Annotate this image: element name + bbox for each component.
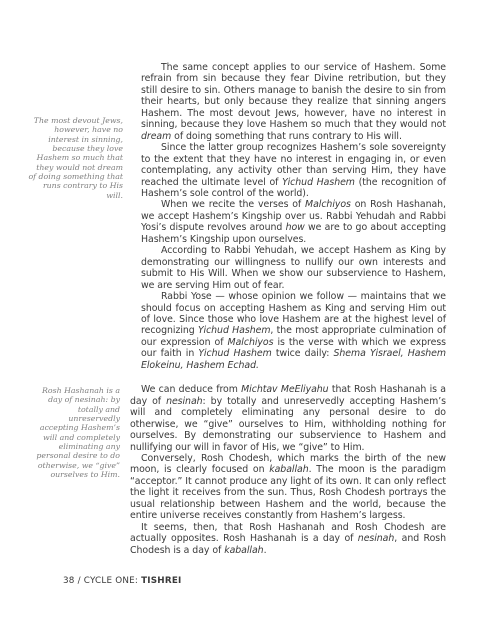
running-footer: 38 / CYCLE ONE: TISHREI	[63, 576, 182, 586]
footer-page-number: 38	[63, 576, 75, 586]
footer-cycle-label: CYCLE ONE:	[84, 576, 141, 586]
body-section: The same concept applies to our service …	[130, 62, 446, 371]
body-section: We can deduce from Michtav MeEliyahu tha…	[130, 384, 446, 556]
paragraph: It seems, then, that Rosh Hashanah and R…	[130, 522, 446, 556]
book-page: The most devout Jews, however, have no i…	[0, 0, 500, 633]
margin-note-devout-jews: The most devout Jews, however, have no i…	[28, 116, 123, 200]
paragraph: Rabbi Yose — whose opinion we follow — m…	[141, 291, 446, 371]
paragraph: The same concept applies to our service …	[141, 62, 446, 142]
paragraph: Since the latter group recognizes Hashem…	[141, 142, 446, 199]
paragraph: We can deduce from Michtav MeEliyahu tha…	[130, 384, 446, 453]
margin-note-rosh-hashanah-nesinah: Rosh Hashanah is a day of nesinah: by to…	[28, 386, 120, 479]
footer-separator: /	[75, 576, 84, 586]
paragraph: According to Rabbi Yehudah, we accept Ha…	[141, 245, 446, 291]
paragraph: Conversely, Rosh Chodesh, which marks th…	[130, 453, 446, 522]
body-text-column: The same concept applies to our service …	[130, 62, 446, 556]
footer-month: TISHREI	[141, 576, 181, 586]
paragraph: When we recite the verses of Malchiyos o…	[141, 199, 446, 245]
